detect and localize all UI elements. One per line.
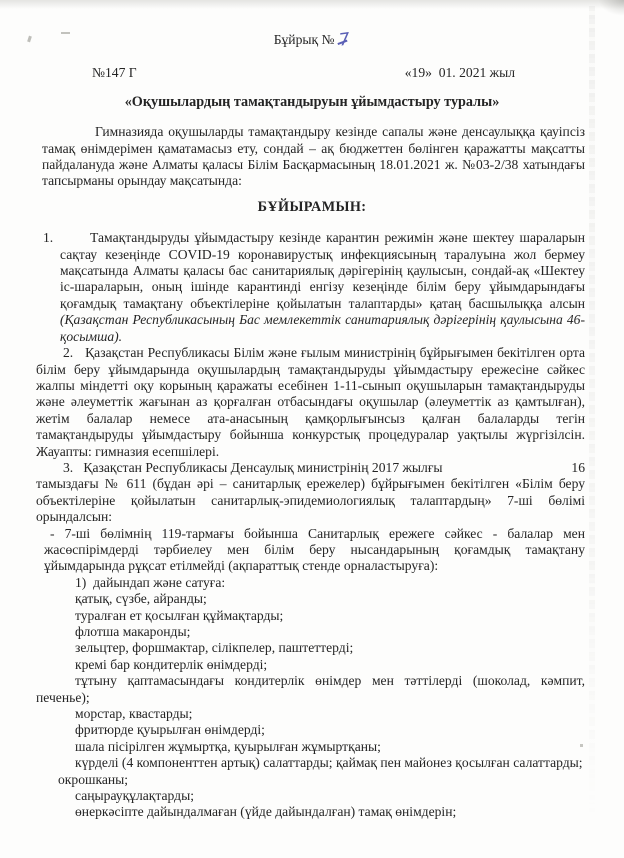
document-number-date-row: №147 Г «19» 01. 2021 жыл <box>92 65 515 81</box>
handwritten-order-number: 7 <box>339 31 352 48</box>
intro-paragraph: Гимназияда оқушыларды тамақтандыру кезін… <box>42 124 585 190</box>
scan-corner-smudge <box>598 0 624 16</box>
resolution-heading: БҰЙЫРАМЫН: <box>0 199 624 215</box>
scan-top-edge-shading <box>0 0 624 9</box>
order-item-1-italic-note: (Қазақстан Республикасының Бас мемлекетт… <box>60 312 585 343</box>
order-number-line: Бұйрық №7 <box>0 31 624 48</box>
prohibited-item: кремі бар кондитерлік өнімдерді; <box>36 657 585 673</box>
order-item-2: 2. Қазақстан Республикасы Білім және ғыл… <box>36 345 585 460</box>
sanitary-rules-paragraph: - 7-ші бөлімнің 119-тармағы бойынша Сани… <box>44 526 585 575</box>
scan-speck <box>61 32 70 34</box>
order-item-3-first-line: 3. Қазақстан Республикасы Денсаулық мини… <box>36 460 585 476</box>
order-item-1-text: 1. Тамақтандыруды ұйымдастыру кезінде ка… <box>43 230 585 311</box>
document-date: «19» 01. 2021 жыл <box>405 65 515 81</box>
order-item-3-lead-text: 3. Қазақстан Республикасы Денсаулық мини… <box>36 460 443 476</box>
prohibited-item: қатық, сүзбе, айранды; <box>36 591 585 607</box>
scan-speck <box>580 744 583 747</box>
prohibited-item: туралған ет қосылған құймақтарды; <box>36 608 585 624</box>
prohibited-item: күрделі (4 компоненттен артық) салаттард… <box>36 755 585 771</box>
prohibited-item: окрошканы; <box>36 772 585 788</box>
scan-artifact-vertical-line <box>596 6 599 818</box>
prohibited-item: шала пісірілген жұмыртқа, қуырылған жұмы… <box>36 739 585 755</box>
scanned-order-document-page: Бұйрық №7 №147 Г «19» 01. 2021 жыл «Оқуш… <box>0 0 624 858</box>
prohibited-item: зельцтер, форшмактар, сілікпелер, паштет… <box>36 640 585 656</box>
document-title: «Оқушылардың тамақтандыруын ұйымдастыру … <box>0 94 624 110</box>
prohibited-item: флотша макаронды; <box>36 624 585 640</box>
prohibited-list-intro: 1) дайындап және сатуға: <box>36 575 585 591</box>
order-item-3-continuation: тамыздағы № 611 (бұдан әрі – санитарлық … <box>36 476 585 525</box>
prohibited-item: өнеркәсіпте дайындалмаған (үйде дайындал… <box>36 804 585 820</box>
prohibited-item: морстар, квастарды; <box>36 706 585 722</box>
order-label: Бұйрық № <box>274 32 335 47</box>
scan-artifact-vertical-line-soft <box>589 6 595 818</box>
prohibited-item: саңырауқұлақтарды; <box>36 788 585 804</box>
prohibited-item: тұтыну қаптамасындағы кондитерлік өнімде… <box>36 673 585 706</box>
document-registration-number: №147 Г <box>92 65 137 81</box>
prohibited-item: фритюрде қуырылған өнімдерді; <box>36 722 585 738</box>
order-item-3-line-end-number: 16 <box>571 460 585 476</box>
order-item-1: 1. Тамақтандыруды ұйымдастыру кезінде ка… <box>60 230 585 345</box>
